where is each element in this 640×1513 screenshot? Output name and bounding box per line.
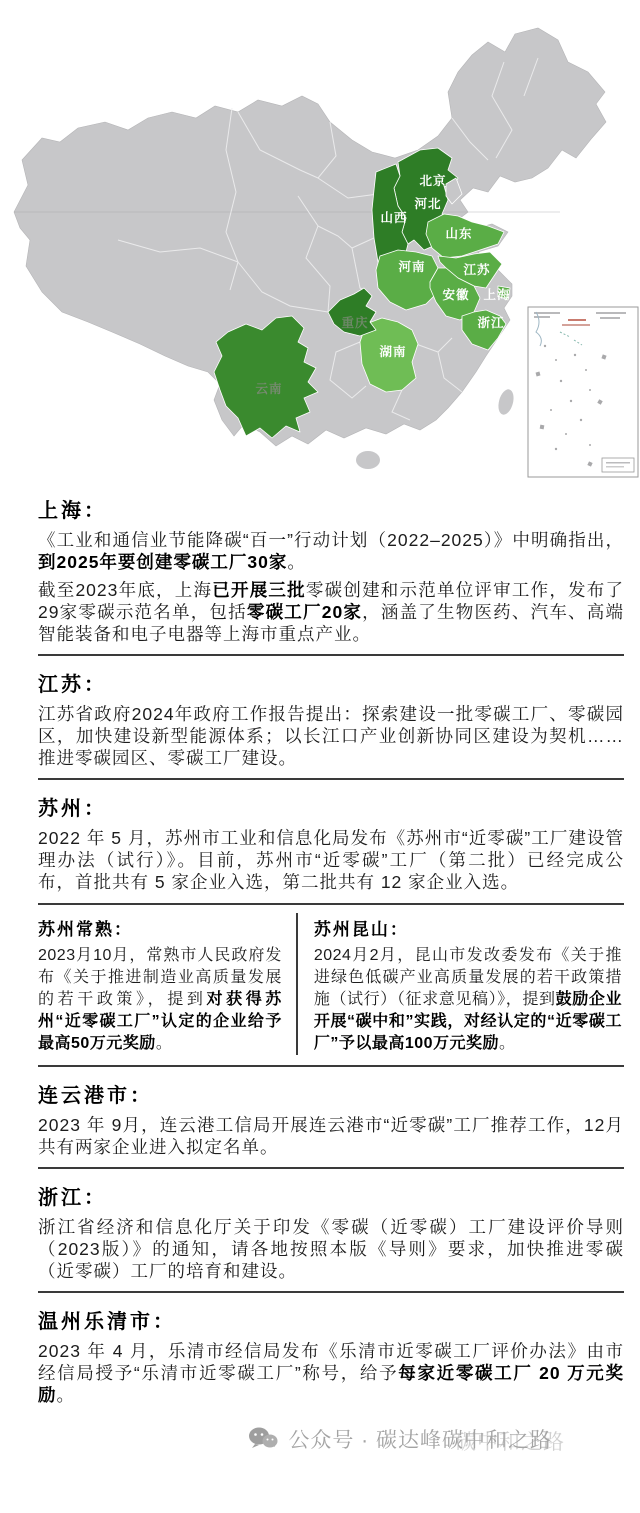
map-label-beijing: 北京 [419, 173, 446, 188]
map-label-henan: 河南 [398, 259, 425, 274]
paragraph: 2023 年 4 月，乐清市经信局发布《乐清市近零碳工厂评价办法》由市经信局授予… [38, 1340, 624, 1406]
article: 上海： 《工业和通信业节能降碳“百一”行动计划（2022–2025）》中明确指出… [0, 478, 640, 1468]
column-changshu: 苏州常熟： 2023月10月，常熟市人民政府发布《关于推进制造业高质量发展的若干… [38, 913, 296, 1055]
paragraph: 浙江省经济和信息化厅关于印发《零碳（近零碳）工厂建设评价导则（2023版）》的通… [38, 1216, 624, 1282]
map-label-jiangsu: 江苏 [462, 262, 490, 277]
section-lianyungang: 连云港市： 2023 年 9月，连云港工信局开展连云港市“近零碳”工厂推荐工作，… [38, 1079, 624, 1158]
map-label-hunan: 湖南 [379, 344, 406, 359]
china-map: 北京 河北 山西 山东 河南 江苏 安徽 上海 浙江 湖南 重庆 云南 [0, 0, 640, 478]
column-kunshan: 苏州昆山： 2024月2月，昆山市发改委发布《关于推进绿色低碳产业高质量发展的若… [296, 913, 624, 1055]
wechat-icon [248, 1426, 278, 1452]
hainan-island [356, 451, 380, 469]
section-title-jiangsu: 江苏： [38, 668, 624, 697]
section-suzhou: 苏州： 2022 年 5 月，苏州市工业和信息化局发布《苏州市“近零碳”工厂建设… [38, 792, 624, 893]
section-title-wenzhou: 温州乐清市： [38, 1305, 624, 1334]
city-columns: 苏州常熟： 2023月10月，常熟市人民政府发布《关于推进制造业高质量发展的若干… [38, 903, 624, 1067]
section-title-suzhou: 苏州： [38, 792, 624, 821]
section-divider [38, 1167, 624, 1169]
paragraph: 2023 年 9月，连云港工信局开展连云港市“近零碳”工厂推荐工作，12月共有两… [38, 1114, 624, 1158]
taiwan-island [496, 388, 516, 417]
section-shanghai: 上海： 《工业和通信业节能降碳“百一”行动计划（2022–2025）》中明确指出… [38, 494, 624, 645]
watermark-text: 公众号 · 碳达峰 [288, 1424, 442, 1454]
section-title-lianyungang: 连云港市： [38, 1079, 624, 1108]
paragraph: 2023月10月，常熟市人民政府发布《关于推进制造业高质量发展的若干政策》，提到… [38, 945, 282, 1055]
map-label-yunnan: 云南 [255, 381, 282, 396]
south-china-sea-inset [528, 307, 638, 477]
page: { "map": { "colors": { "land": "#c7c7c9"… [0, 0, 640, 1513]
column-title-kunshan: 苏州昆山： [314, 915, 622, 940]
section-title-shanghai: 上海： [38, 494, 624, 523]
paragraph: 2024月2月，昆山市发改委发布《关于推进绿色低碳产业高质量发展的若干政策措施（… [314, 945, 622, 1055]
watermark-ghost: 碳中和之路 [455, 1426, 565, 1456]
map-label-chongqing: 重庆 [341, 315, 368, 330]
column-title-changshu: 苏州常熟： [38, 915, 282, 940]
section-divider [38, 1291, 624, 1293]
paragraph: 2022 年 5 月，苏州市工业和信息化局发布《苏州市“近零碳”工厂建设管理办法… [38, 827, 624, 893]
map-label-hebei: 河北 [414, 196, 441, 211]
section-title-zhejiang: 浙江： [38, 1181, 624, 1210]
section-divider [38, 654, 624, 656]
paragraph: 截至2023年底，上海已开展三批零碳创建和示范单位评审工作，发布了29家零碳示范… [38, 579, 624, 645]
section-divider [38, 778, 624, 780]
watermark: 公众号 · 碳达峰碳中和之路碳中和之路 [38, 1412, 624, 1468]
paragraph: 江苏省政府2024年政府工作报告提出：探索建设一批零碳工厂、零碳园区，加快建设新… [38, 703, 624, 769]
section-zhejiang: 浙江： 浙江省经济和信息化厅关于印发《零碳（近零碳）工厂建设评价导则（2023版… [38, 1181, 624, 1282]
map-label-zhejiang: 浙江 [477, 315, 504, 330]
paragraph: 《工业和通信业节能降碳“百一”行动计划（2022–2025）》中明确指出，到20… [38, 529, 624, 573]
infographic: 北京 河北 山西 山东 河南 江苏 安徽 上海 浙江 湖南 重庆 云南 [0, 0, 640, 1513]
map-label-anhui: 安徽 [442, 287, 469, 302]
section-jiangsu: 江苏： 江苏省政府2024年政府工作报告提出：探索建设一批零碳工厂、零碳园区，加… [38, 668, 624, 769]
watermark-tail: 碳中和之路碳中和之路 [442, 1424, 552, 1454]
map-label-shandong: 山东 [445, 226, 472, 241]
map-label-shanghai: 上海 [483, 287, 510, 302]
china-landmass [14, 28, 606, 446]
map-label-shanxi: 山西 [380, 210, 407, 225]
section-wenzhou: 温州乐清市： 2023 年 4 月，乐清市经信局发布《乐清市近零碳工厂评价办法》… [38, 1305, 624, 1406]
